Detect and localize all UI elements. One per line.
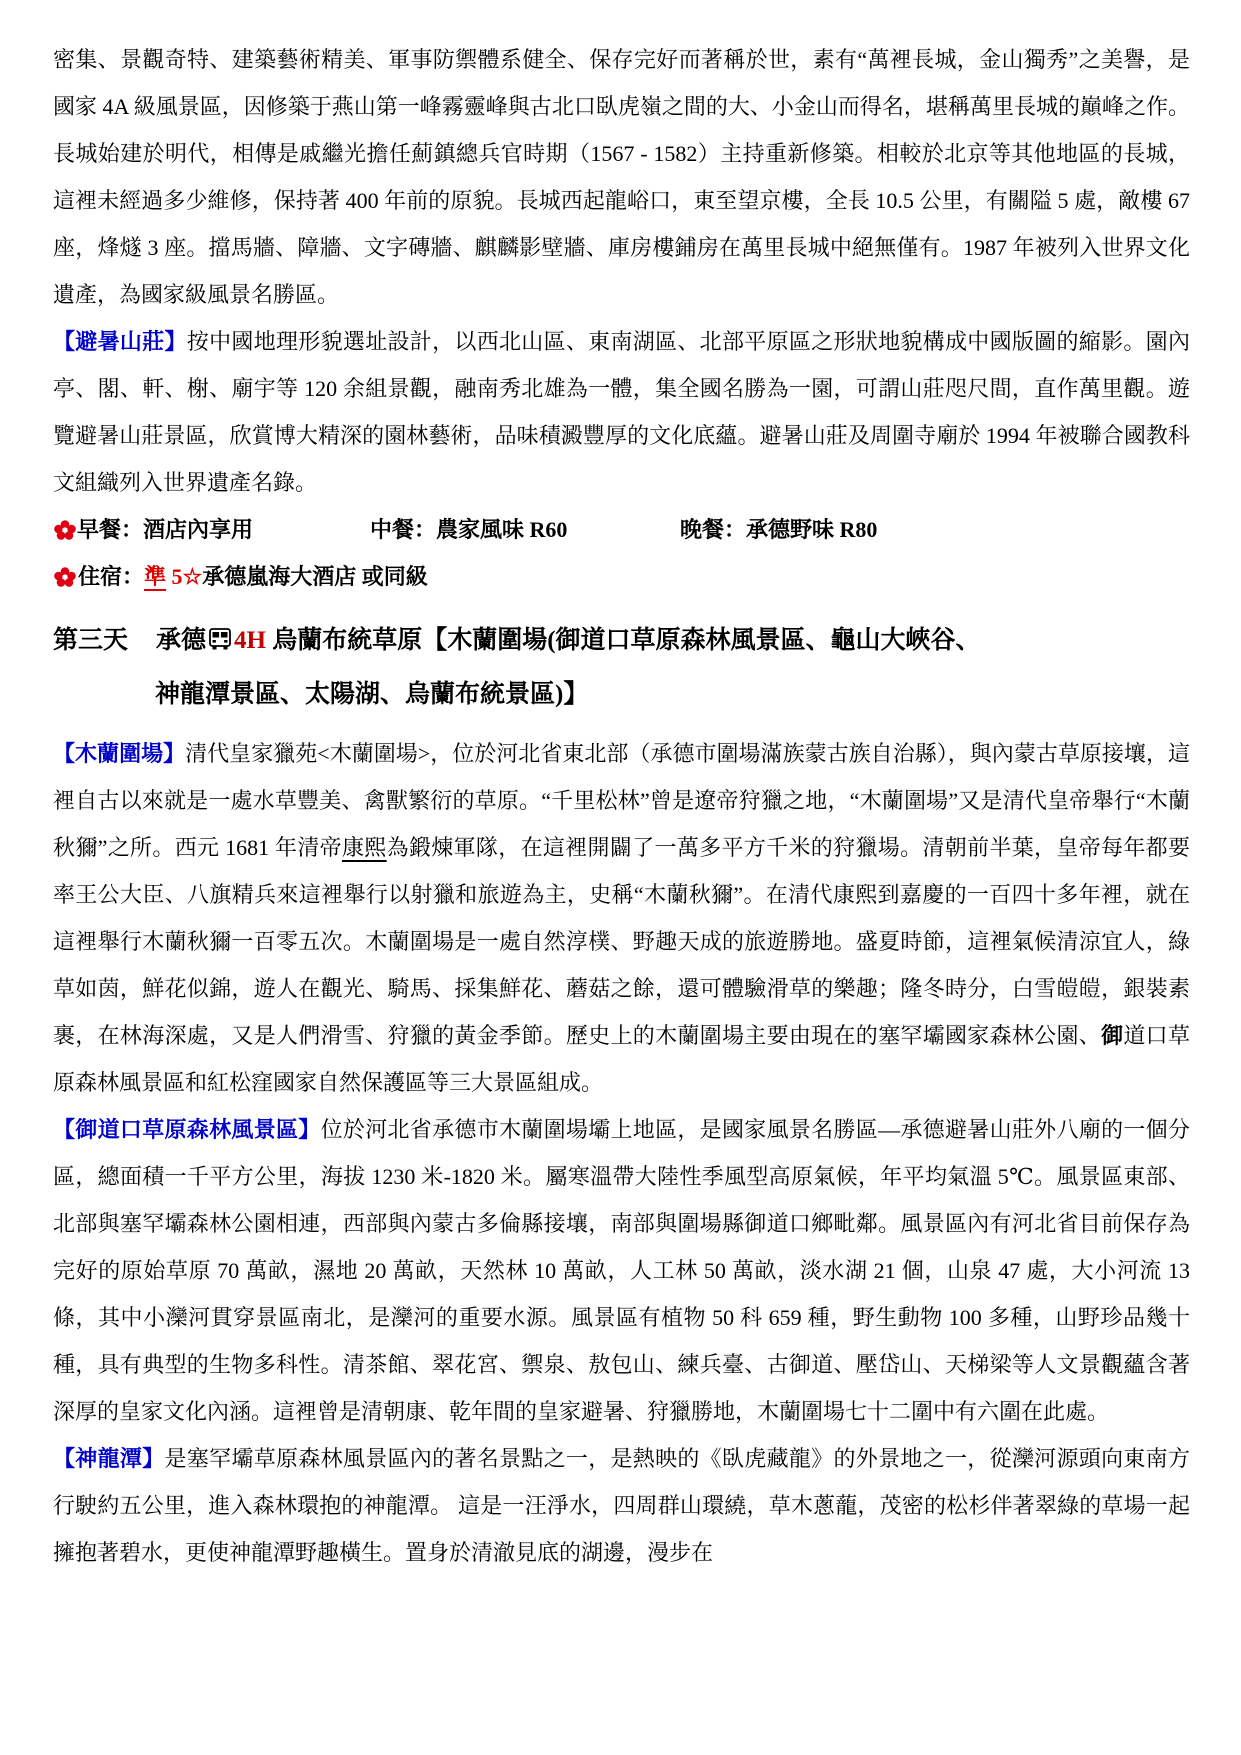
day3-heading-line1: 第三天承德4H 烏蘭布統草原【木蘭圍場(御道口草原森林風景區、龜山大峽谷、 [53, 614, 1190, 668]
lodging-label: 住宿： [78, 553, 144, 600]
lodging-grade-star-level: 準 [144, 553, 166, 600]
day3-city: 承德 [156, 627, 206, 654]
dinner-cell: 晚餐：承德野味 R80 [680, 506, 1190, 553]
day3-heading: 第三天承德4H 烏蘭布統草原【木蘭圍場(御道口草原森林風景區、龜山大峽谷、 神龍… [53, 614, 1190, 722]
lodging-row: 住宿：準 5☆ 承德嵐海大酒店 或同級 [53, 553, 1190, 600]
shenlongtan-text: 是塞罕壩草原森林風景區內的著名景點之一，是熱映的《臥虎藏龍》的外景地之一，從灤河… [53, 1446, 1190, 1565]
day3-route-line1: 烏蘭布統草原【木蘭圍場(御道口草原森林風景區、龜山大峽谷、 [272, 627, 980, 654]
paragraph-mulan-weichang: 【木蘭圍場】清代皇家獵苑<木蘭圍場>，位於河北省東北部（承德市圍場滿族蒙古族自治… [53, 730, 1190, 1106]
mulan-kangxi-underlined: 康熙 [342, 835, 387, 860]
breakfast-label: 早餐：酒店內享用 [77, 506, 253, 553]
day3-bus-hours: 4H [234, 627, 266, 654]
flower-icon [53, 567, 77, 587]
bishu-heading: 【避暑山莊】 [53, 329, 187, 354]
paragraph-bishu-shanzhuang: 【避暑山莊】按中國地理形貌選址設計，以西北山區、東南湖區、北部平原區之形狀地貌構… [53, 318, 1190, 506]
mulan-heading: 【木蘭圍場】 [53, 741, 185, 766]
greatwall-text: 密集、景觀奇特、建築藝術精美、軍事防禦體系健全、保存完好而著稱於世，素有“萬裡長… [53, 47, 1190, 307]
yudaokou-text: 位於河北省承德市木蘭圍場壩上地區，是國家風景名勝區—承德避暑山莊外八廟的一個分區… [53, 1117, 1190, 1424]
paragraph-greatwall: 密集、景觀奇特、建築藝術精美、軍事防禦體系健全、保存完好而著稱於世，素有“萬裡長… [53, 36, 1190, 318]
dinner-label: 晚餐：承德野味 R80 [680, 517, 877, 542]
day3-route-line2: 神龍潭景區、太陽湖、烏蘭布統景區)】 [53, 668, 1190, 722]
yudaokou-heading: 【御道口草原森林風景區】 [53, 1117, 321, 1142]
meals-row: 早餐：酒店內享用 中餐：農家風味 R60 晚餐：承德野味 R80 [53, 506, 1190, 553]
shenlongtan-heading: 【神龍潭】 [53, 1446, 165, 1471]
paragraph-yudaokou: 【御道口草原森林風景區】位於河北省承德市木蘭圍場壩上地區，是國家風景名勝區—承德… [53, 1106, 1190, 1435]
lunch-label: 中餐：農家風味 R60 [370, 517, 567, 542]
itinerary-document-page: 密集、景觀奇特、建築藝術精美、軍事防禦體系健全、保存完好而著稱於世，素有“萬裡長… [0, 0, 1241, 1755]
lodging-hotel-name: 承德嵐海大酒店 或同級 [202, 553, 428, 600]
bus-icon [207, 627, 233, 651]
mulan-text-2: 為鍛煉軍隊，在這裡開闢了一萬多平方千米的狩獵場。清朝前半葉，皇帝每年都要率王公大… [53, 835, 1190, 1048]
lodging-grade-stars: 5☆ [172, 553, 203, 600]
mulan-yu-bold: 御 [1101, 1023, 1123, 1048]
bishu-text: 按中國地理形貌選址設計，以西北山區、東南湖區、北部平原區之形狀地貌構成中國版圖的… [53, 329, 1190, 495]
flower-icon [53, 520, 77, 540]
breakfast-cell: 早餐：酒店內享用 [53, 506, 370, 553]
lunch-cell: 中餐：農家風味 R60 [370, 506, 680, 553]
day3-day-label: 第三天 [53, 627, 128, 654]
paragraph-shenlongtan: 【神龍潭】是塞罕壩草原森林風景區內的著名景點之一，是熱映的《臥虎藏龍》的外景地之… [53, 1435, 1190, 1576]
